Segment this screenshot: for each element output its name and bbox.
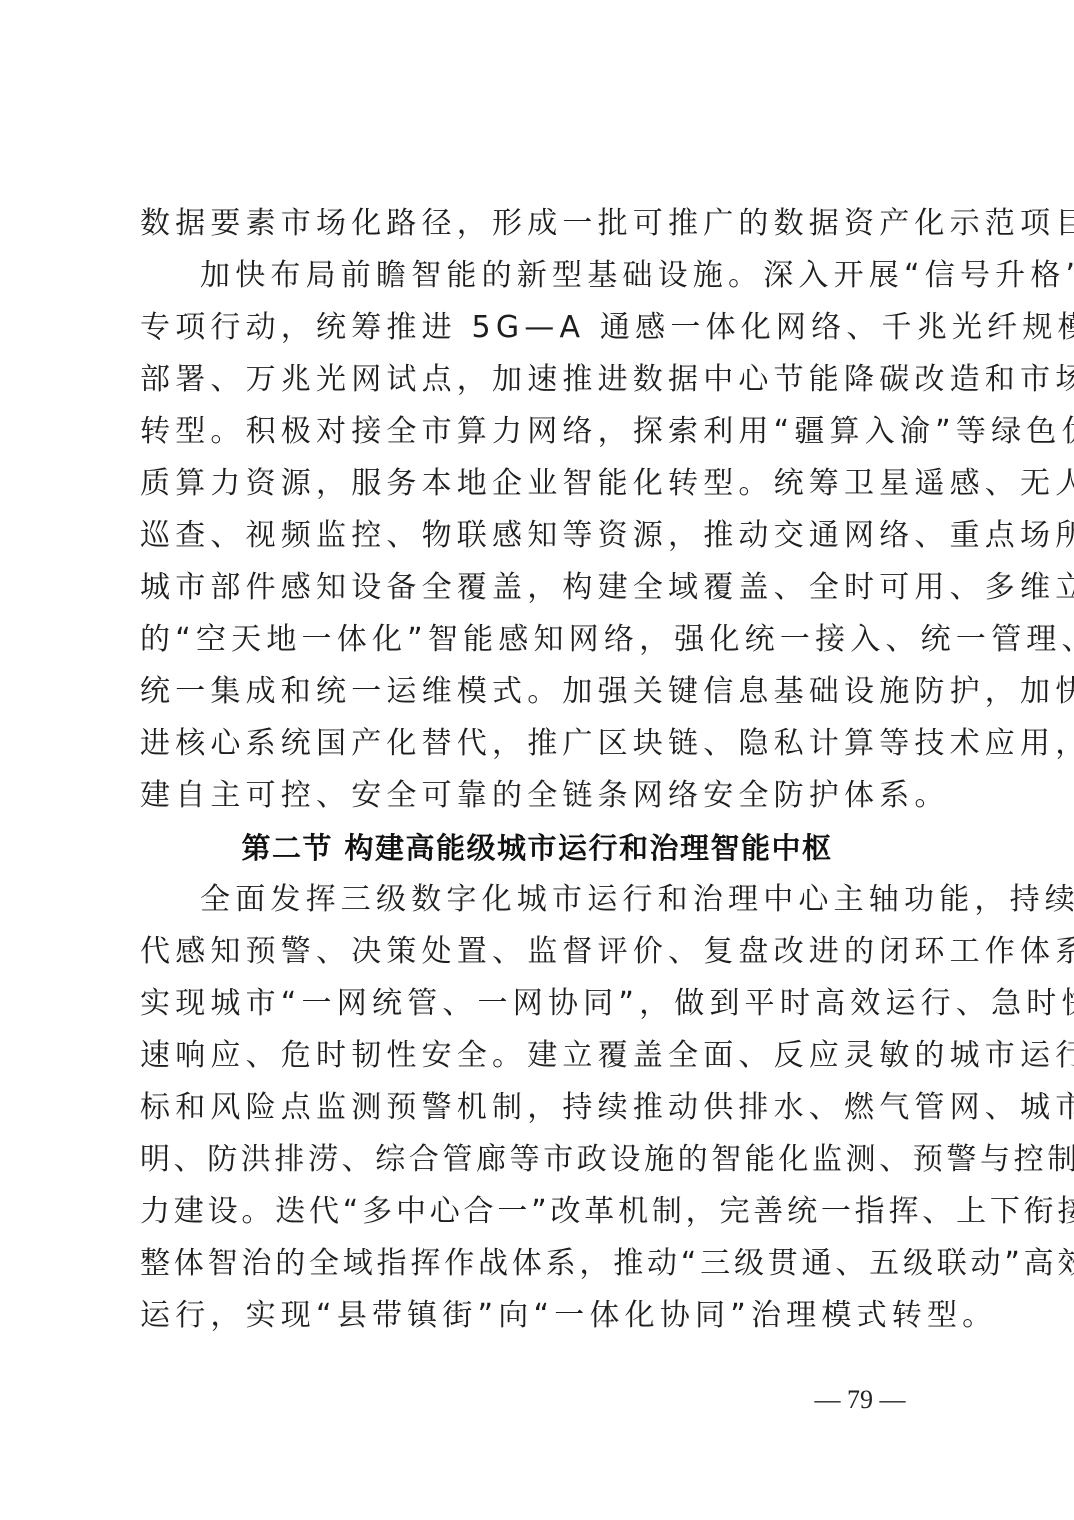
paragraph-line: 的“空天地一体化”智能感知网络，强化统一接入、统一管理、 <box>140 614 940 666</box>
paragraph-line: 转型。积极对接全市算力网络，探索利用“疆算入渝”等绿色优 <box>140 406 940 458</box>
paragraph-line: 整体智治的全域指挥作战体系，推动“三级贯通、五级联动”高效 <box>140 1238 940 1290</box>
paragraph-line: 实现城市“一网统管、一网协同”，做到平时高效运行、急时快 <box>140 978 940 1030</box>
paragraph-line: 代感知预警、决策处置、监督评价、复盘改进的闭环工作体系， <box>140 926 940 978</box>
paragraph-line: 运行，实现“县带镇街”向“一体化协同”治理模式转型。 <box>140 1290 940 1342</box>
paragraph-line: 加快布局前瞻智能的新型基础设施。深入开展“信号升格” <box>200 250 940 302</box>
paragraph-line: 城市部件感知设备全覆盖，构建全域覆盖、全时可用、多维立体 <box>140 562 940 614</box>
page-number: — 79 — <box>800 1380 920 1420</box>
paragraph-line: 部署、万兆光网试点，加速推进数据中心节能降碳改造和市场化 <box>140 354 940 406</box>
paragraph-line: 巡查、视频监控、物联感知等资源，推动交通网络、重点场所、 <box>140 510 940 562</box>
paragraph-line: 标和风险点监测预警机制，持续推动供排水、燃气管网、城市照 <box>140 1082 940 1134</box>
paragraph-line: 明、防洪排涝、综合管廊等市政设施的智能化监测、预警与控制能 <box>140 1134 940 1186</box>
section-heading: 第二节 构建高能级城市运行和治理智能中枢 <box>0 822 1074 874</box>
paragraph-line: 建自主可控、安全可靠的全链条网络安全防护体系。 <box>140 770 940 822</box>
paragraph-line: 力建设。迭代“多中心合一”改革机制，完善统一指挥、上下衔接、 <box>140 1186 940 1238</box>
paragraph-line: 质算力资源，服务本地企业智能化转型。统筹卫星遥感、无人机 <box>140 458 940 510</box>
paragraph-line: 进核心系统国产化替代，推广区块链、隐私计算等技术应用，构 <box>140 718 940 770</box>
paragraph-line: 统一集成和统一运维模式。加强关键信息基础设施防护，加快推 <box>140 666 940 718</box>
paragraph-line: 速响应、危时韧性安全。建立覆盖全面、反应灵敏的城市运行指 <box>140 1030 940 1082</box>
paragraph-line: 数据要素市场化路径，形成一批可推广的数据资产化示范项目。 <box>140 198 940 250</box>
paragraph-line: 专项行动，统筹推进 5G—A 通感一体化网络、千兆光纤规模化 <box>140 302 940 354</box>
document-page: 数据要素市场化路径，形成一批可推广的数据资产化示范项目。 加快布局前瞻智能的新型… <box>0 0 1074 1520</box>
paragraph-line: 全面发挥三级数字化城市运行和治理中心主轴功能，持续迭 <box>200 874 940 926</box>
